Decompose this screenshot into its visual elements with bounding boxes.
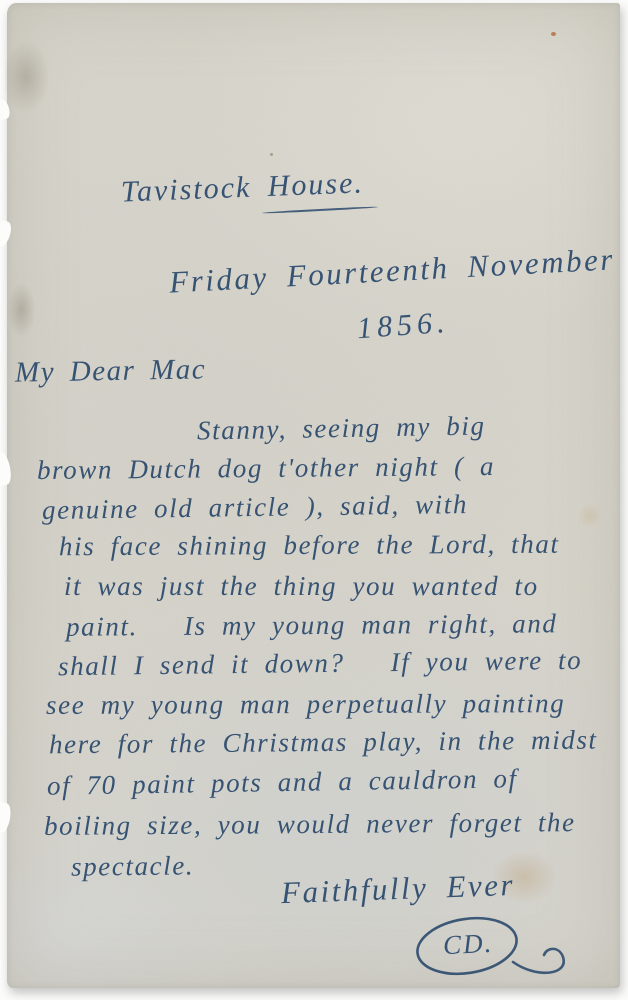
letter-salutation: My Dear Mac: [15, 353, 207, 389]
letter-date: Friday Fourteenth November: [168, 241, 615, 300]
signature-oval-flourish: [407, 905, 582, 990]
body-line: paint. Is my young man right, and: [66, 608, 558, 642]
body-line: his face shining before the Lord, that: [59, 529, 560, 563]
signature-initials: CD.: [442, 928, 494, 962]
edge-chip: [0, 802, 13, 834]
letter-address: Tavistock House.: [120, 166, 364, 209]
body-line: boiling size, you would never forget the: [44, 807, 576, 842]
foxing-stain-mid-right: [567, 493, 613, 539]
body-line: it was just the thing you wanted to: [64, 571, 539, 602]
edge-chip: [0, 220, 14, 248]
body-line: Stanny, seeing my big: [197, 410, 486, 446]
body-line: shall I send it down? If you were to: [58, 645, 583, 682]
body-line: see my young man perpetually painting: [46, 688, 565, 721]
stain-top-left-corner: [5, 33, 75, 143]
body-line: of 70 paint pots and a cauldron of: [47, 763, 518, 801]
stain-left-edge: [3, 265, 49, 355]
letter-closing: Faithfully Ever: [280, 867, 515, 911]
body-line: brown Dutch dog t'other night ( a: [37, 451, 495, 486]
ink-speck-top-right: [551, 32, 556, 36]
edge-chip: [0, 450, 13, 486]
letter-year: 1856.: [356, 306, 451, 346]
body-line: here for the Christmas play, in the mids…: [49, 725, 598, 761]
body-line: spectacle.: [71, 850, 195, 882]
letter-page: Tavistock House. Friday Fourteenth Novem…: [7, 3, 620, 988]
edge-chip: [0, 98, 12, 120]
address-underline-flourish: [262, 206, 378, 214]
scan-background: Tavistock House. Friday Fourteenth Novem…: [0, 0, 628, 1000]
speck-upper-middle: [270, 153, 273, 156]
body-line: genuine old article ), said, with: [42, 489, 468, 526]
